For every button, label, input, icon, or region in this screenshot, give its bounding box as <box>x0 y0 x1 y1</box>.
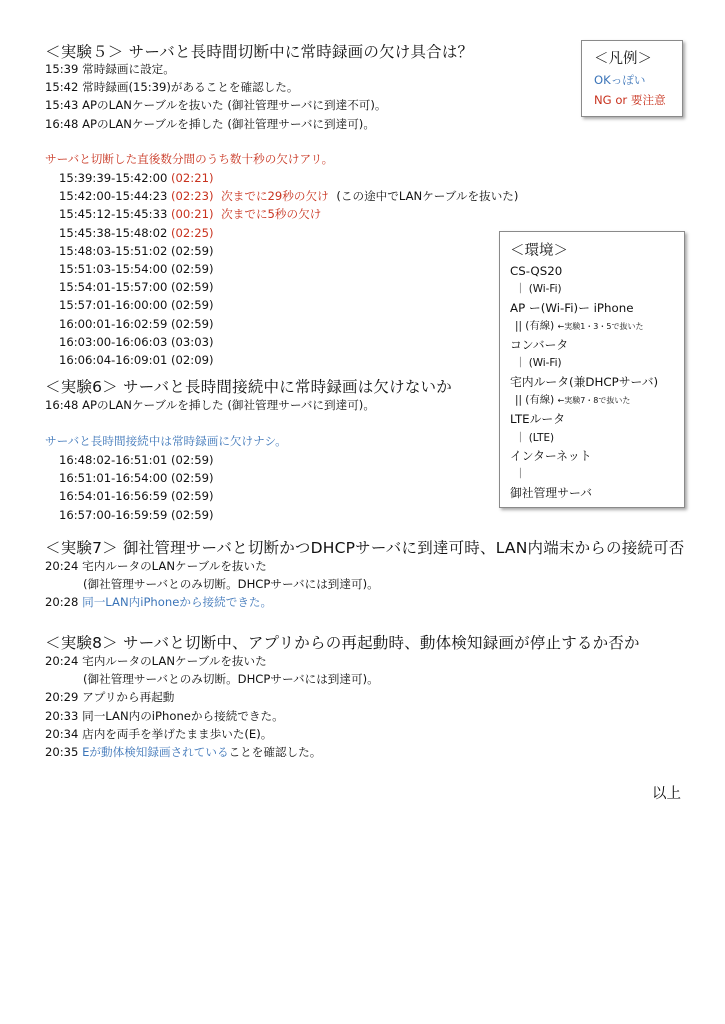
exp5-log-line: 16:48 APのLANケーブルを挿した (御社管理サーバに到達可)。 <box>45 115 387 133</box>
segment-range: 15:42:00-15:44:23 <box>59 189 167 203</box>
legend-ok: OKっぽい <box>594 72 646 88</box>
segment-row: 16:03:00-16:06:03 (03:03) <box>45 333 518 351</box>
log-time: 20:35 <box>45 745 82 759</box>
segment-row: 15:42:00-15:44:23 (02:23) 次までに29秒の欠け (この… <box>45 187 518 205</box>
exp8-log-line: 20:35 Eが動体検知録画されていることを確認した。 <box>45 743 379 761</box>
segment-range: 15:54:01-15:57:00 <box>59 280 167 294</box>
segment-row: 15:54:01-15:57:00 (02:59) <box>45 278 518 296</box>
segment-duration: (00:21) <box>171 207 213 221</box>
exp7-log-line: 20:24 宅内ルータのLANケーブルを抜いた <box>45 557 379 575</box>
env-link-label: || (有線) <box>515 394 554 406</box>
exp5-log-line: 15:43 APのLANケーブルを抜いた (御社管理サーバに到達不可)。 <box>45 96 387 114</box>
segment-row: 15:57:01-16:00:00 (02:59) <box>45 296 518 314</box>
env-link-note: ←実験7・8で抜いた <box>558 396 631 405</box>
segment-duration: (02:23) <box>171 189 213 203</box>
exp8-log-line: (御社管理サーバとのみ切断。DHCPサーバには到達可)。 <box>45 670 379 688</box>
closing-text: 以上 <box>652 782 681 803</box>
exp6-segment-list: 16:48:02-16:51:01 (02:59) 16:51:01-16:54… <box>45 451 213 524</box>
env-link: ｜ (Wi-Fi) <box>510 354 658 372</box>
env-link: || (有線) ←実験7・8で抜いた <box>510 391 658 410</box>
env-node: CS-QS20 <box>510 262 658 280</box>
exp6-heading: ＜実験6＞ サーバと長時間接続中に常時録画は欠けないか <box>45 375 452 397</box>
segment-duration: (02:21) <box>171 171 213 185</box>
exp5-log-line: 15:42 常時録画(15:39)があることを確認した。 <box>45 78 387 96</box>
environment-box: ＜環境＞ CS-QS20 ｜ (Wi-Fi) AP ー(Wi-Fi)ー iPho… <box>499 231 685 508</box>
segment-extra-note: (この途中でLANケーブルを抜いた) <box>336 189 518 203</box>
segment-duration: (03:03) <box>171 335 213 349</box>
exp7-heading: ＜実験7＞ 御社管理サーバと切断かつDHCPサーバに到達可時、LAN内端末からの… <box>45 536 685 558</box>
exp5-log: 15:39 常時録画に設定。 15:42 常時録画(15:39)があることを確認… <box>45 60 387 133</box>
segment-row: 15:51:03-15:54:00 (02:59) <box>45 260 518 278</box>
legend-box: ＜凡例＞ OKっぽい NG or 要注意 <box>581 40 683 117</box>
exp5-segment-list: 15:39:39-15:42:00 (02:21) 15:42:00-15:44… <box>45 169 518 369</box>
exp5-finding: サーバと切断した直後数分間のうち数十秒の欠けアリ。 <box>45 150 333 168</box>
segment-row: 15:45:38-15:48:02 (02:25) <box>45 224 518 242</box>
segment-row: 16:57:00-16:59:59 (02:59) <box>45 506 213 524</box>
segment-range: 15:45:38-15:48:02 <box>59 226 167 240</box>
segment-range: 16:03:00-16:06:03 <box>59 335 167 349</box>
log-text: ことを確認した。 <box>229 745 322 759</box>
segment-duration: (02:59) <box>171 244 213 258</box>
env-link: ｜ <box>510 465 658 483</box>
exp8-log-line: 20:24 宅内ルータのLANケーブルを抜いた <box>45 652 379 670</box>
env-link-note: ←実験1・3・5で抜いた <box>558 322 644 331</box>
segment-range: 15:39:39-15:42:00 <box>59 171 167 185</box>
segment-duration: (02:59) <box>171 280 213 294</box>
exp8-log-line: 20:34 店内を両手を挙げたまま歩いた(E)。 <box>45 725 379 743</box>
exp8-log-line: 20:29 アプリから再起動 <box>45 688 379 706</box>
segment-row: 16:51:01-16:54:00 (02:59) <box>45 469 213 487</box>
exp7-log-line: (御社管理サーバとのみ切断。DHCPサーバには到達可)。 <box>45 575 379 593</box>
segment-row: 16:48:02-16:51:01 (02:59) <box>45 451 213 469</box>
segment-range: 15:45:12-15:45:33 <box>59 207 167 221</box>
exp5-log-line: 15:39 常時録画に設定。 <box>45 60 387 78</box>
env-link: ｜ (LTE) <box>510 429 658 447</box>
env-link: ｜ (Wi-Fi) <box>510 280 658 298</box>
exp8-log: 20:24 宅内ルータのLANケーブルを抜いた (御社管理サーバとのみ切断。DH… <box>45 652 379 761</box>
segment-range: 15:57:01-16:00:00 <box>59 298 167 312</box>
segment-range: 15:48:03-15:51:02 <box>59 244 167 258</box>
segment-range: 16:00:01-16:02:59 <box>59 317 167 331</box>
legend-ng: NG or 要注意 <box>594 92 666 108</box>
env-node: AP ー(Wi-Fi)ー iPhone <box>510 299 658 317</box>
environment-title: ＜環境＞ <box>510 240 658 262</box>
segment-duration: (02:59) <box>171 317 213 331</box>
exp8-log-line: 20:33 同一LAN内のiPhoneから接続できた。 <box>45 707 379 725</box>
exp6-log-line: 16:48 APのLANケーブルを挿した (御社管理サーバに到達可)。 <box>45 396 375 414</box>
exp7-log: 20:24 宅内ルータのLANケーブルを抜いた (御社管理サーバとのみ切断。DH… <box>45 557 379 612</box>
exp8-heading: ＜実験8＞ サーバと切断中、アプリからの再起動時、動体検知録画が停止するか否か <box>45 631 640 653</box>
segment-range: 16:06:04-16:09:01 <box>59 353 167 367</box>
env-node: 御社管理サーバ <box>510 484 658 502</box>
exp6-finding: サーバと長時間接続中は常時録画に欠けナシ。 <box>45 432 287 450</box>
segment-row: 16:00:01-16:02:59 (02:59) <box>45 315 518 333</box>
segment-duration: (02:59) <box>171 298 213 312</box>
ok-result: 同一LAN内iPhoneから接続できた。 <box>82 595 272 609</box>
env-link-label: || (有線) <box>515 320 554 332</box>
env-node: 宅内ルータ(兼DHCPサーバ) <box>510 373 658 391</box>
segment-duration: (02:59) <box>171 262 213 276</box>
segment-row: 15:48:03-15:51:02 (02:59) <box>45 242 518 260</box>
segment-row: 16:06:04-16:09:01 (02:09) <box>45 351 518 369</box>
legend-title: ＜凡例＞ <box>594 47 652 68</box>
env-node: コンバータ <box>510 336 658 354</box>
log-time: 20:28 <box>45 595 82 609</box>
env-link: || (有線) ←実験1・3・5で抜いた <box>510 317 658 336</box>
segment-gap-note: 次までに5秒の欠け <box>221 207 321 221</box>
segment-row: 16:54:01-16:56:59 (02:59) <box>45 487 213 505</box>
segment-duration: (02:09) <box>171 353 213 367</box>
exp5-heading: ＜実験５＞ サーバと長時間切断中に常時録画の欠け具合は？ <box>45 40 473 62</box>
segment-row: 15:45:12-15:45:33 (00:21) 次までに5秒の欠け <box>45 205 518 223</box>
segment-row: 15:39:39-15:42:00 (02:21) <box>45 169 518 187</box>
ok-result: Eが動体検知録画されている <box>82 745 228 759</box>
segment-duration: (02:25) <box>171 226 213 240</box>
segment-range: 15:51:03-15:54:00 <box>59 262 167 276</box>
env-node: インターネット <box>510 447 658 465</box>
env-node: LTEルータ <box>510 410 658 428</box>
segment-gap-note: 次までに29秒の欠け <box>221 189 329 203</box>
exp7-log-line: 20:28 同一LAN内iPhoneから接続できた。 <box>45 593 379 611</box>
